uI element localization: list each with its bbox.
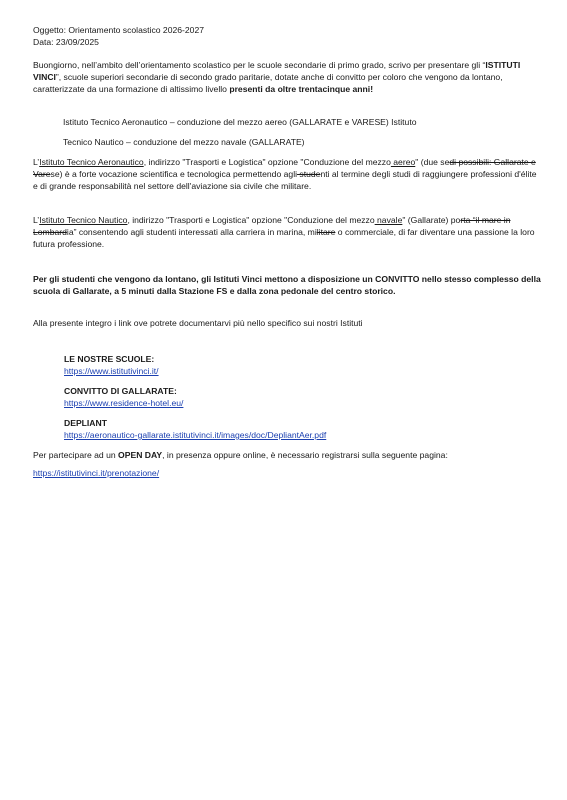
open-day-link[interactable]: https://istitutivinci.it/prenotazione/ bbox=[33, 468, 159, 478]
link-group-convitto: CONVITTO DI GALLARATE: https://www.resid… bbox=[64, 385, 543, 409]
open-day-paragraph: Per partecipare ad un OPEN DAY, in prese… bbox=[33, 449, 543, 461]
schools-link[interactable]: https://www.istitutivinci.it/ bbox=[64, 366, 159, 376]
aeronautico-paragraph: L’Istituto Tecnico Aeronautico, indirizz… bbox=[33, 156, 543, 192]
list-item: Tecnico Nautico – conduzione del mezzo n… bbox=[63, 136, 543, 148]
date-line: Data: 23/09/2025 bbox=[33, 36, 543, 48]
convitto-paragraph: Per gli studenti che vengono da lontano,… bbox=[33, 273, 543, 297]
link-group-depliant: DEPLIANT https://aeronautico-gallarate.i… bbox=[64, 417, 543, 441]
document-page: Oggetto: Orientamento scolastico 2026-20… bbox=[33, 24, 543, 479]
nautico-paragraph: L’Istituto Tecnico Nautico, indirizzo "T… bbox=[33, 214, 543, 250]
subject-line: Oggetto: Orientamento scolastico 2026-20… bbox=[33, 24, 543, 36]
links-list: LE NOSTRE SCUOLE: https://www.istitutivi… bbox=[64, 353, 543, 441]
intro-paragraph: Buongiorno, nell’ambito dell’orientament… bbox=[33, 59, 543, 95]
list-item: Istituto Tecnico Aeronautico – conduzion… bbox=[63, 116, 543, 128]
intro-highlight: presenti da oltre trentacinque anni! bbox=[229, 84, 373, 94]
links-intro: Alla presente integro i link ove potrete… bbox=[33, 317, 543, 329]
link-group-schools: LE NOSTRE SCUOLE: https://www.istitutivi… bbox=[64, 353, 543, 377]
depliant-link[interactable]: https://aeronautico-gallarate.istitutivi… bbox=[64, 430, 326, 440]
convitto-link[interactable]: https://www.residence-hotel.eu/ bbox=[64, 398, 183, 408]
